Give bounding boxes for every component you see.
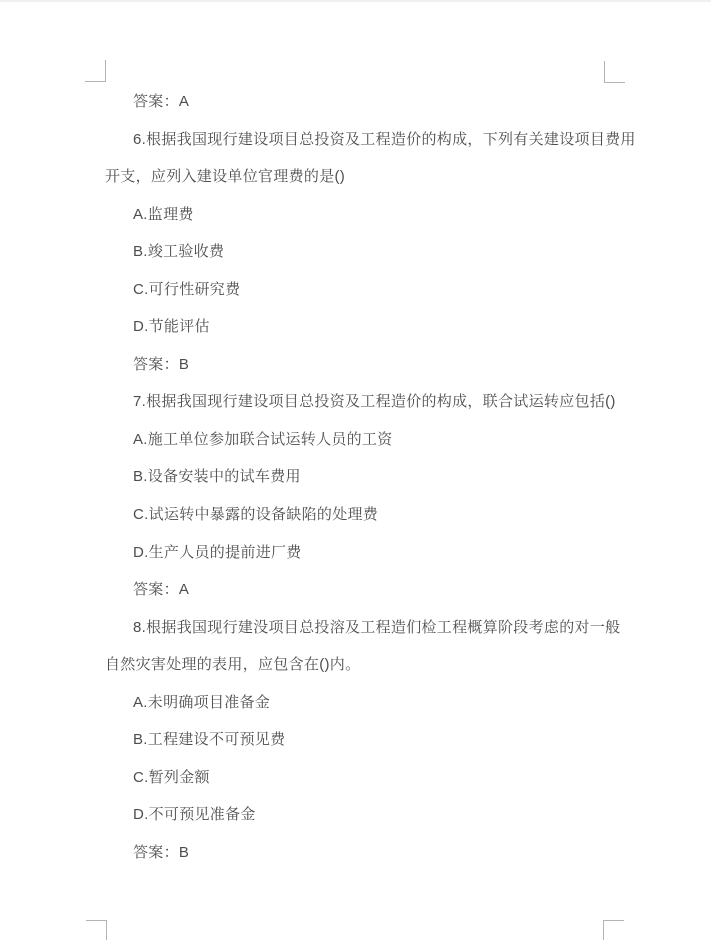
text-line: 答案：A — [105, 571, 635, 609]
text-line: 6.根据我国现行建设项目总投资及工程造价的构成，下列有关建设项目费用 — [105, 121, 635, 159]
text-line: C.可行性研究费 — [105, 271, 635, 309]
text-line: B.工程建设不可预见费 — [105, 721, 635, 759]
text-line: 7.根据我国现行建设项目总投资及工程造价的构成，联合试运转应包括() — [105, 383, 635, 421]
text-line: B.设备安装中的试车费用 — [105, 458, 635, 496]
document-page: 答案：A6.根据我国现行建设项目总投资及工程造价的构成，下列有关建设项目费用开支… — [0, 0, 711, 940]
document-text: 答案：A6.根据我国现行建设项目总投资及工程造价的构成，下列有关建设项目费用开支… — [105, 83, 635, 871]
text-boundary-mark-top-left — [85, 60, 106, 82]
text-line: 答案：B — [105, 346, 635, 384]
text-line: 自然灾害处理的表用，应包含在()内。 — [105, 646, 635, 684]
text-boundary-mark-top-right — [604, 61, 625, 83]
text-boundary-mark-bottom-right — [603, 920, 624, 940]
text-line: 8.根据我国现行建没项目总投溶及工程造们检工程概算阶段考虑的对一般 — [105, 609, 635, 647]
text-line: A.未明确项目准备金 — [105, 684, 635, 722]
text-line: 答案：B — [105, 834, 635, 872]
text-line: A.施工单位参加联合试运转人员的工资 — [105, 421, 635, 459]
text-line: C.暂列金额 — [105, 759, 635, 797]
text-line: D.节能评估 — [105, 308, 635, 346]
text-line: 答案：A — [105, 83, 635, 121]
text-line: 开支，应列入建设单位官理费的是() — [105, 158, 635, 196]
text-line: D.生产人员的提前进厂费 — [105, 534, 635, 572]
text-boundary-mark-bottom-left — [86, 920, 107, 940]
text-line: D.不可预见准备金 — [105, 796, 635, 834]
text-line: C.试运转中暴露的设备缺陷的处理费 — [105, 496, 635, 534]
text-line: A.监理费 — [105, 196, 635, 234]
text-line: B.竣工验收费 — [105, 233, 635, 271]
